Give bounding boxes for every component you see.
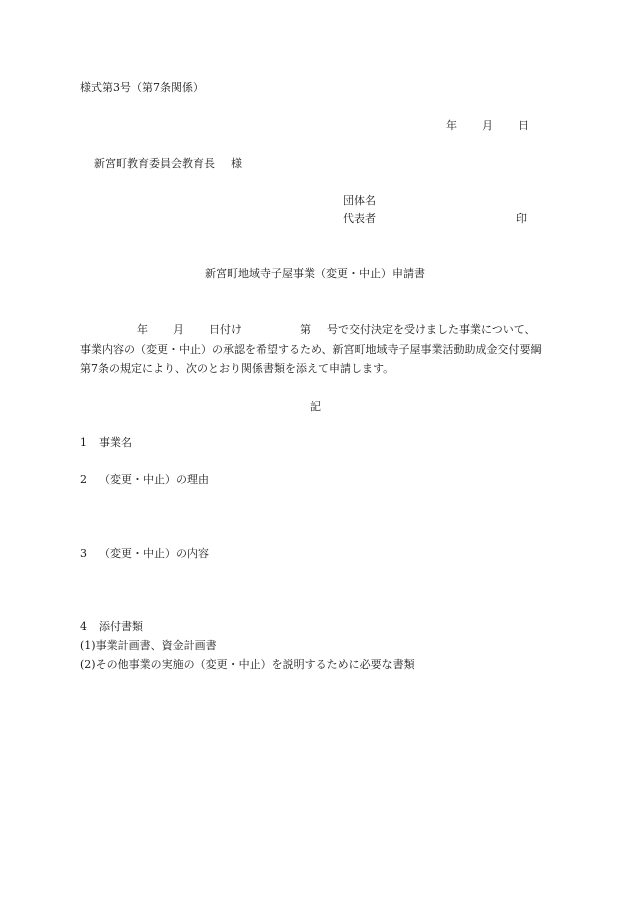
representative-label: 代表者 [343, 213, 376, 224]
item-number: 2 [80, 474, 99, 485]
body-line-1-rest: 号で交付決定を受けました事業について、 [327, 324, 536, 335]
ki-heading: 記 [310, 401, 321, 412]
addressee-honorific: 様 [231, 157, 242, 170]
item-label: （変更・中止）の内容 [99, 547, 209, 560]
body-day-label: 日付け [209, 324, 300, 335]
body-line-2: 事業内容の（変更・中止）の承認を希望するため、新宮町地域寺子屋事業活動助成金交付… [80, 344, 542, 355]
date-month-label: 月 [482, 120, 518, 131]
item-label: 添付書類 [99, 620, 143, 633]
date-year-label: 年 [446, 120, 482, 131]
body-year-label: 年 [137, 324, 173, 335]
item-number: 3 [80, 548, 99, 559]
item-business-name: 1事業名 [80, 437, 132, 448]
form-number: 様式第3号（第7条関係） [80, 82, 204, 93]
item-number: 1 [80, 437, 99, 448]
item-change-content: 3（変更・中止）の内容 [80, 548, 209, 559]
body-month-label: 月 [173, 324, 209, 335]
date-line: 年月日 [446, 120, 529, 131]
item-label: 事業名 [99, 436, 132, 449]
date-day-label: 日 [518, 120, 529, 131]
item-label: （変更・中止）の理由 [99, 473, 209, 486]
seal-mark: 印 [516, 213, 527, 224]
attachment-item: (2)その他事業の実施の（変更・中止）を説明するために必要な書類 [80, 659, 415, 670]
addressee-name: 新宮町教育委員会教育長 [94, 157, 215, 170]
organization-label: 団体名 [343, 195, 376, 206]
document-title: 新宮町地域寺子屋事業（変更・中止）申請書 [205, 268, 425, 279]
item-attachments: 4添付書類 [80, 621, 143, 632]
body-line-3: 第7条の規定により、次のとおり関係書類を添えて申請します。 [80, 363, 394, 374]
item-change-reason: 2（変更・中止）の理由 [80, 474, 209, 485]
attachment-item: (1)事業計画書、資金計画書 [80, 640, 217, 651]
document-page: 様式第3号（第7条関係） 年月日 新宮町教育委員会教育長様 団体名 代表者 印 … [0, 0, 630, 903]
body-number-prefix: 第 [300, 324, 327, 335]
item-number: 4 [80, 621, 99, 632]
addressee: 新宮町教育委員会教育長様 [94, 158, 242, 169]
body-line-1: 年月日付け第号で交付決定を受けました事業について、 [137, 324, 536, 335]
